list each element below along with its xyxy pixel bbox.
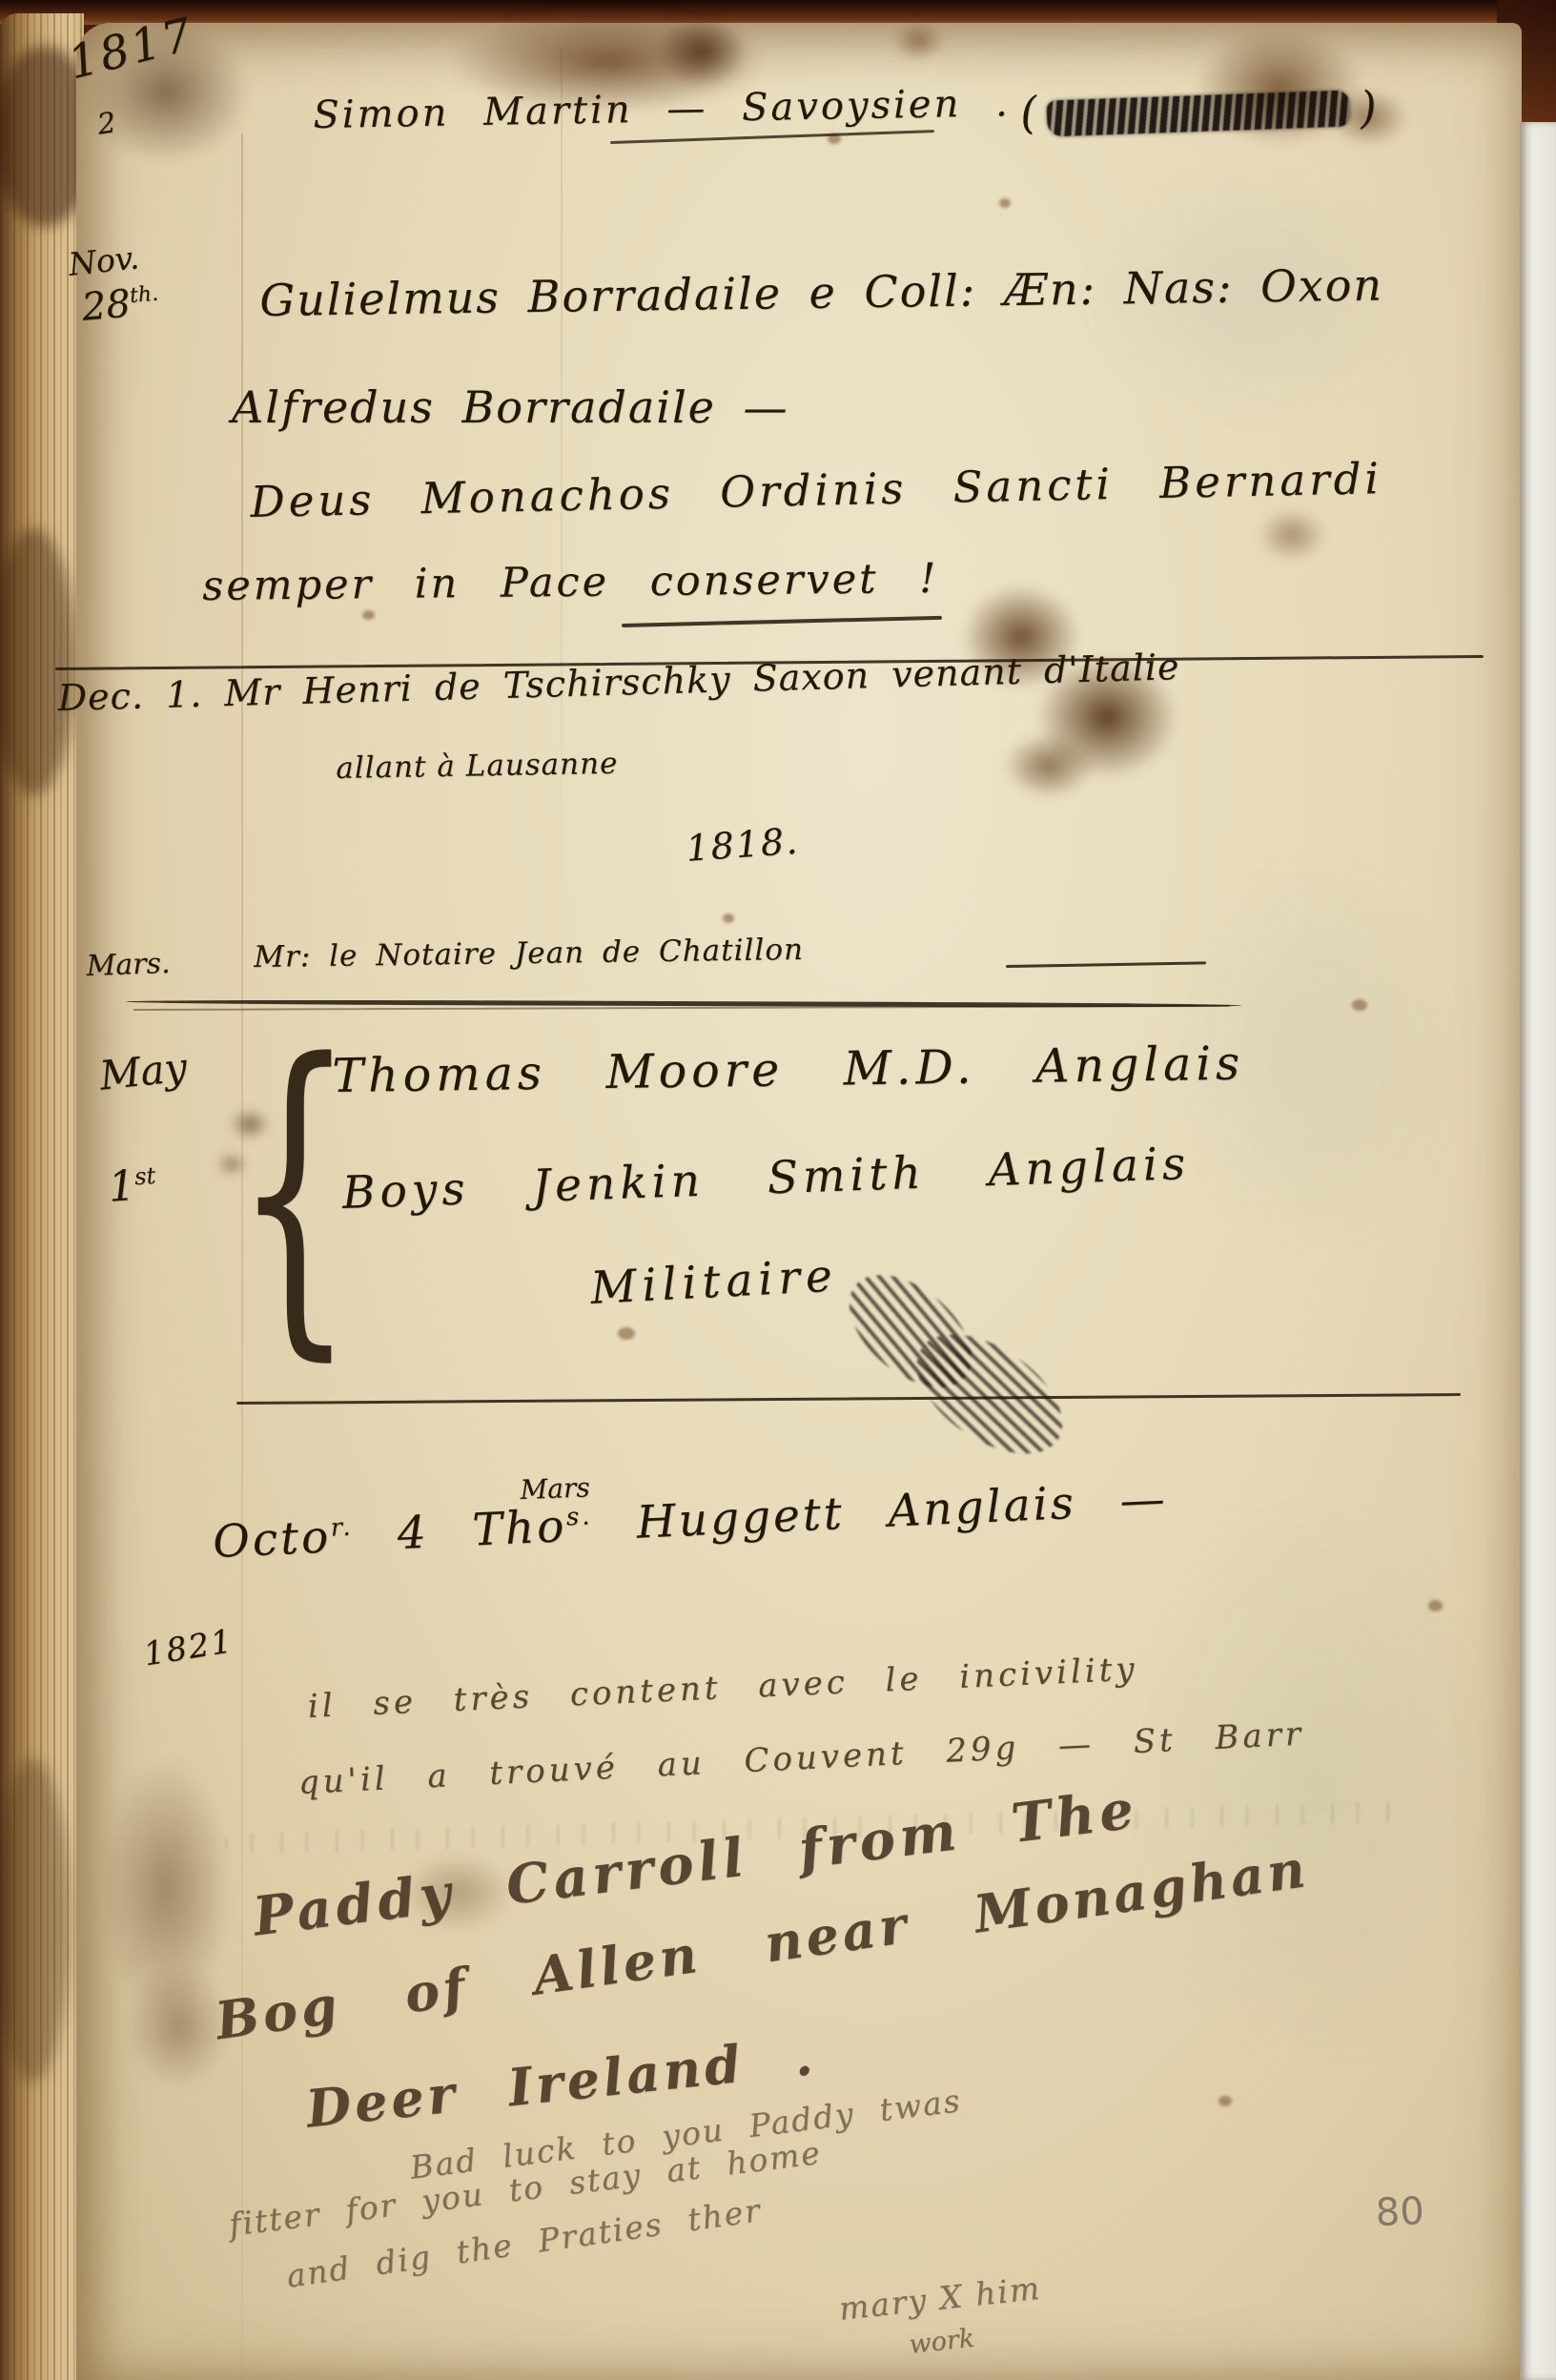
may-date-day: 1st <box>107 1160 158 1212</box>
stain <box>0 528 76 795</box>
oct-month: Octo <box>212 1510 332 1569</box>
verso-show-through <box>1125 1487 1506 2079</box>
entry-tschirschky-line2: allant à Lausanne <box>336 747 619 786</box>
book-cover-top-edge <box>0 0 1556 25</box>
oct-month-sup: r. <box>330 1513 354 1543</box>
motto-line-2: semper in Pace conservet ! <box>202 555 939 610</box>
stain <box>1257 507 1327 563</box>
oct-name-sup: s. <box>565 1502 593 1531</box>
scan-background-strip <box>1520 122 1556 2380</box>
oct-day-name: 4 Tho <box>353 1500 568 1562</box>
nov-day-suffix: th. <box>129 282 159 309</box>
year-1818-label: 1818. <box>685 820 801 870</box>
fox-spot <box>723 913 734 923</box>
fox-spot <box>999 198 1011 208</box>
fox-spot <box>618 1327 635 1340</box>
nov-date-month: Nov. <box>67 238 141 283</box>
entry-alfredus-line: Alfredus Borradaile — <box>232 381 789 433</box>
mars-date-label: Mars. <box>86 947 171 983</box>
nov-date-day: 28th. <box>80 279 161 330</box>
fox-spot <box>362 610 375 620</box>
nov-day-number: 28 <box>80 282 133 330</box>
fox-spot <box>1218 2096 1232 2106</box>
paren-close: ) <box>1358 81 1379 133</box>
page-number: 80 <box>1375 2189 1424 2235</box>
may-day-number: 1 <box>107 1161 136 1212</box>
stain <box>892 21 944 61</box>
book-page-edges-left <box>0 13 84 2380</box>
paren-open: ( <box>1018 87 1039 139</box>
may-day-suffix: st <box>133 1162 156 1190</box>
stain <box>656 15 747 88</box>
stain <box>126 1964 231 2088</box>
stain <box>1003 732 1095 799</box>
may-date-month: May <box>97 1043 189 1098</box>
manuscript-page-scan: 1817 2 Simon Martin — Savoysien . ( ) No… <box>0 0 1556 2380</box>
stain <box>0 1758 71 2082</box>
